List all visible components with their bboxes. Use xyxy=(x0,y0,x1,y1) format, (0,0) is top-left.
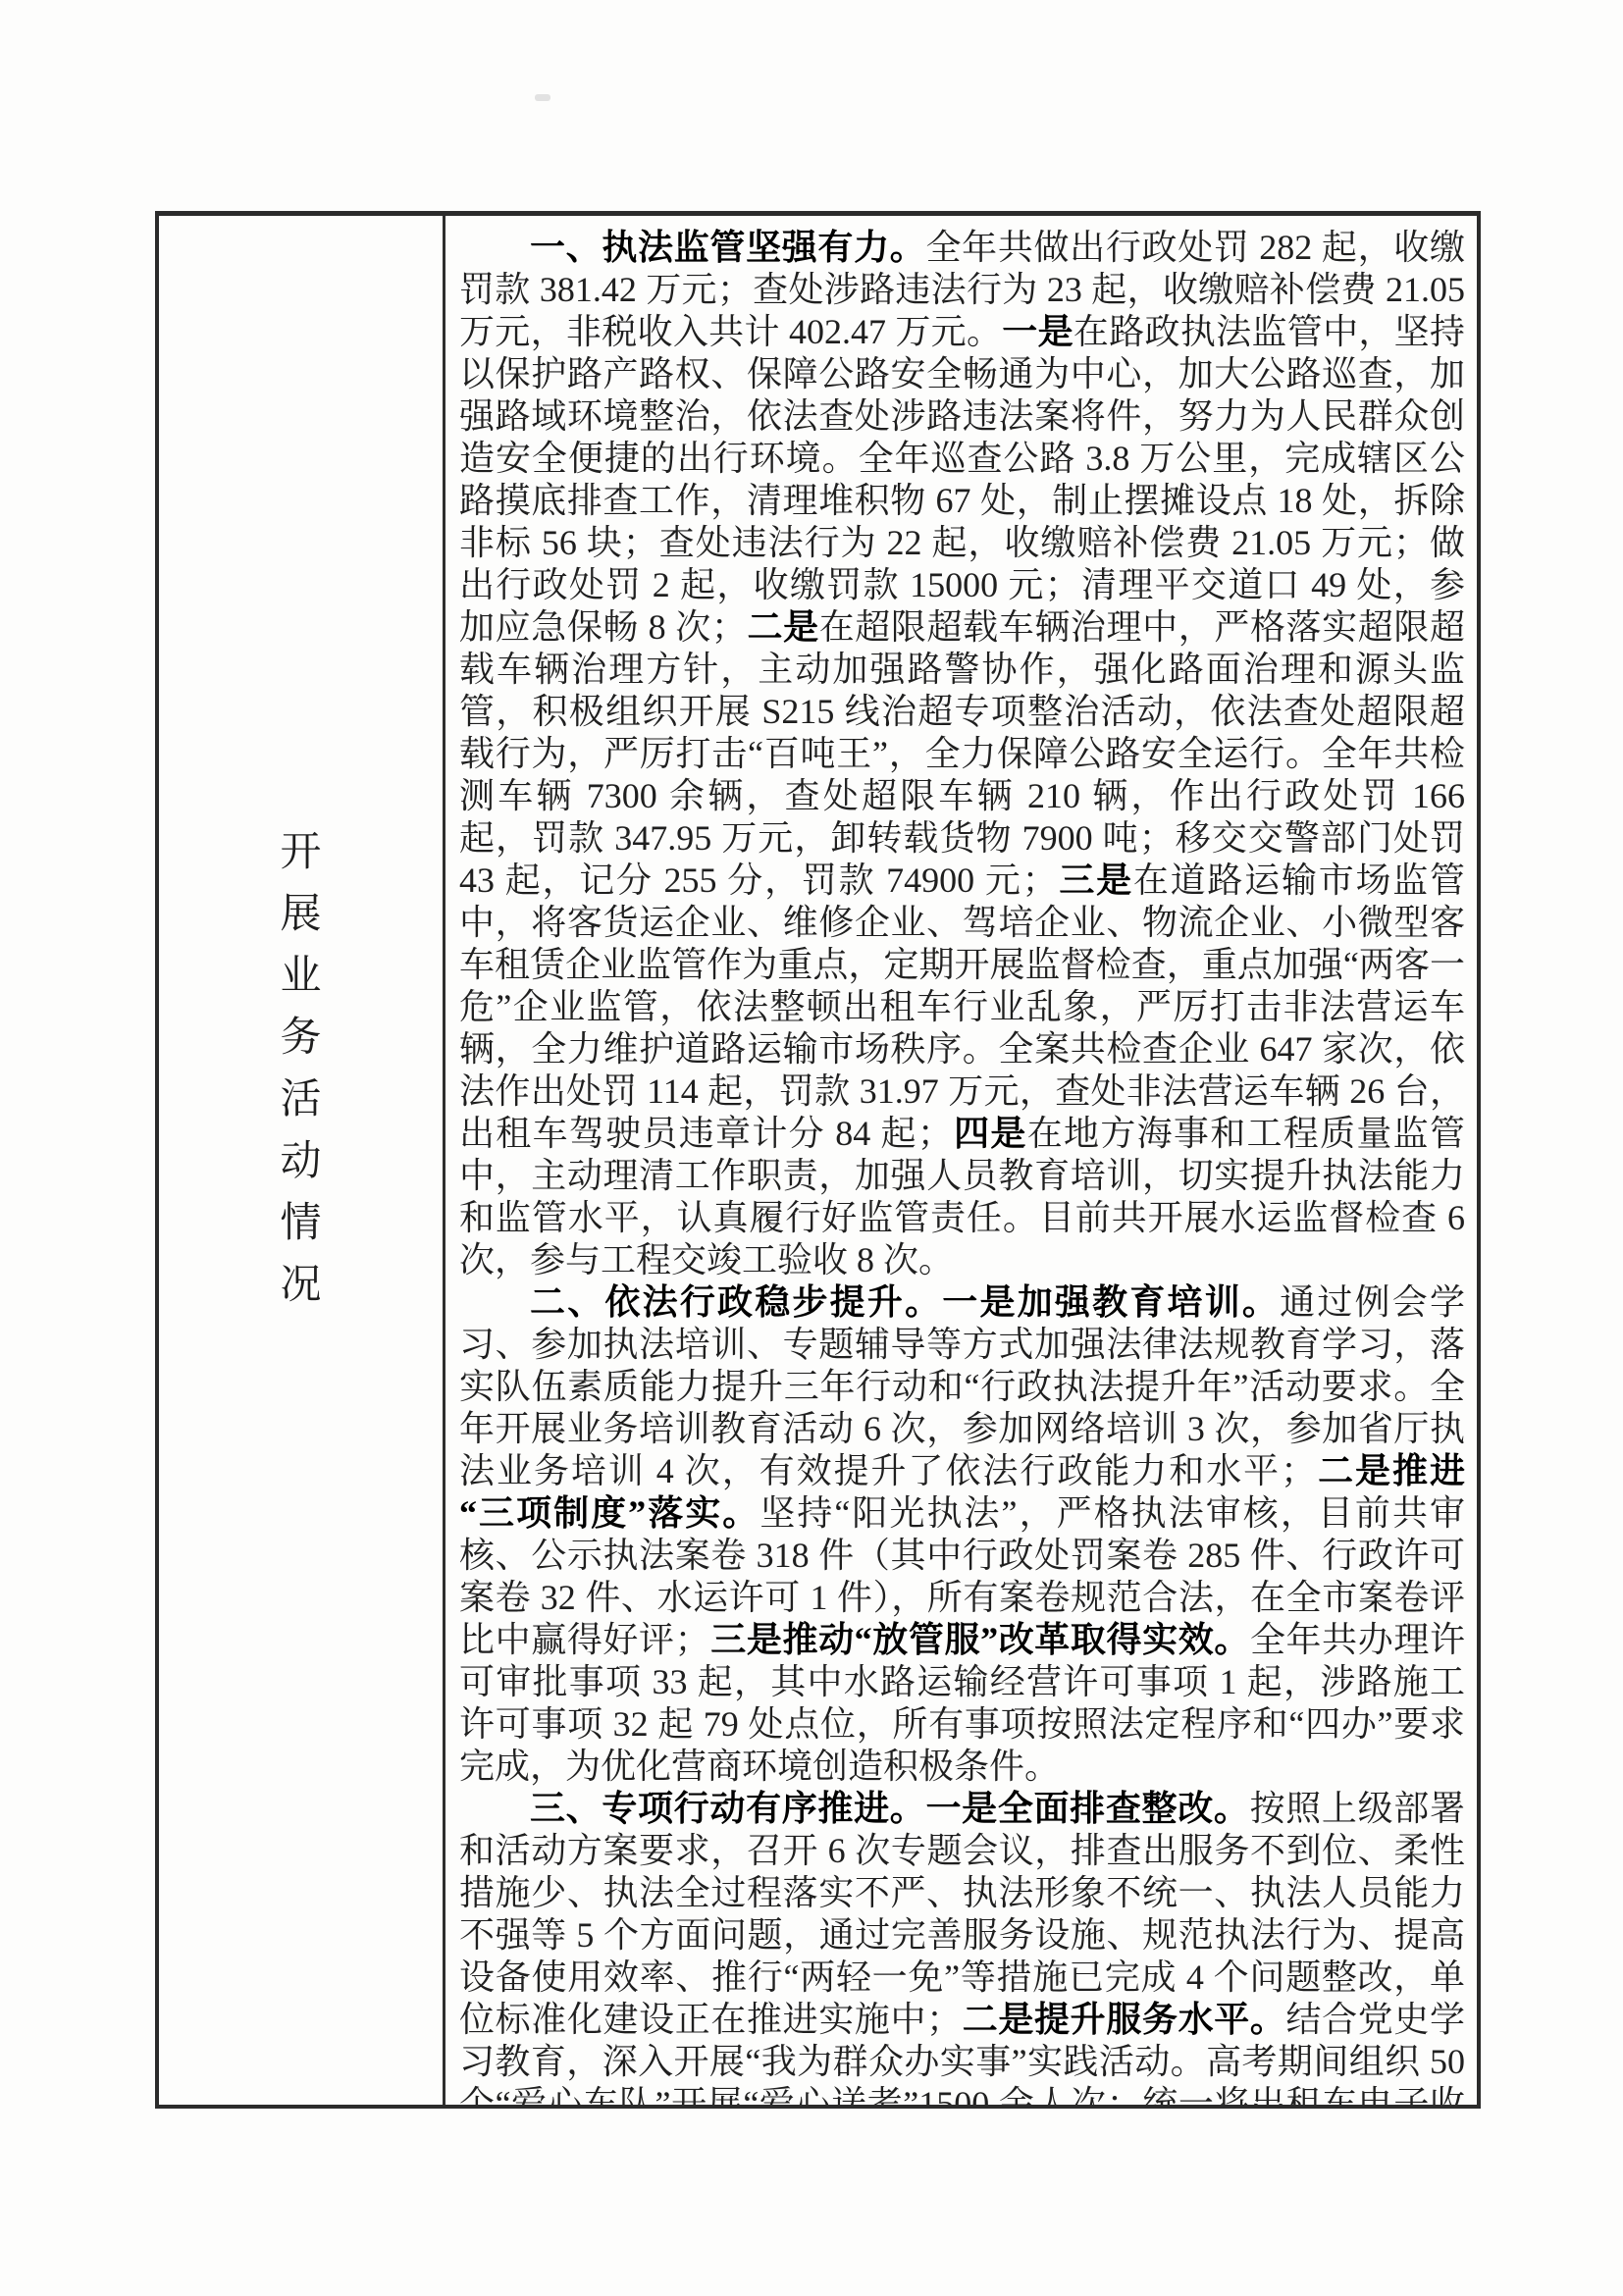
row-label-char: 业 xyxy=(280,946,321,1008)
emphasis-run: 一是 xyxy=(1002,312,1073,351)
emphasis-run: 一、执法监管坚强有力。 xyxy=(530,228,925,267)
row-label-char: 动 xyxy=(280,1131,321,1193)
row-label-char: 况 xyxy=(280,1255,321,1317)
body-paragraph: 三、专项行动有序推进。一是全面排查整改。按照上级部署和活动方案要求，召开 6 次… xyxy=(459,1788,1465,2105)
emphasis-run: 三是推动“放管服”改革取得实效。 xyxy=(710,1620,1250,1659)
report-table: 开展业务活动情况 一、执法监管坚强有力。全年共做出行政处罚 282 起，收缴罚款… xyxy=(155,211,1481,2109)
row-header-cell: 开展业务活动情况 xyxy=(159,216,445,2105)
document-page: 开展业务活动情况 一、执法监管坚强有力。全年共做出行政处罚 282 起，收缴罚款… xyxy=(0,0,1623,2296)
text-run: 在道路运输市场监管中，将客货运企业、维修企业、驾培企业、物流企业、小微型客车租赁… xyxy=(459,861,1465,1153)
row-label-char: 展 xyxy=(280,884,321,946)
emphasis-run: 三、专项行动有序推进。 xyxy=(530,1789,925,1828)
emphasis-run: 二是提升服务水平。 xyxy=(962,2000,1285,2039)
emphasis-run: 一是加强教育培训。 xyxy=(942,1282,1280,1322)
text-run: 在路政执法监管中，坚持以保护路产路权、保障公路安全畅通为中心，加大公路巡查，加强… xyxy=(459,312,1465,647)
emphasis-run: 二是 xyxy=(747,607,819,647)
emphasis-run: 二、依法行政稳步提升。 xyxy=(530,1282,942,1322)
row-label-char: 活 xyxy=(280,1070,321,1131)
emphasis-run: 一是全面排查整改。 xyxy=(925,1789,1249,1828)
row-label-char: 开 xyxy=(280,822,321,884)
emphasis-run: 四是 xyxy=(953,1114,1027,1153)
vertical-row-label: 开展业务活动情况 xyxy=(159,822,443,1317)
row-label-char: 情 xyxy=(280,1193,321,1255)
body-paragraph: 一、执法监管坚强有力。全年共做出行政处罚 282 起，收缴罚款 381.42 万… xyxy=(459,227,1465,1281)
emphasis-run: 三是 xyxy=(1058,861,1133,900)
scan-artifact xyxy=(535,94,550,101)
row-label-char: 务 xyxy=(280,1008,321,1070)
content-cell: 一、执法监管坚强有力。全年共做出行政处罚 282 起，收缴罚款 381.42 万… xyxy=(445,216,1477,2105)
text-run: 在超限超载车辆治理中，严格落实超限超载车辆治理方针，主动加强路警协作，强化路面治… xyxy=(459,607,1465,900)
body-paragraph: 二、依法行政稳步提升。一是加强教育培训。通过例会学习、参加执法培训、专题辅导等方… xyxy=(459,1281,1465,1788)
